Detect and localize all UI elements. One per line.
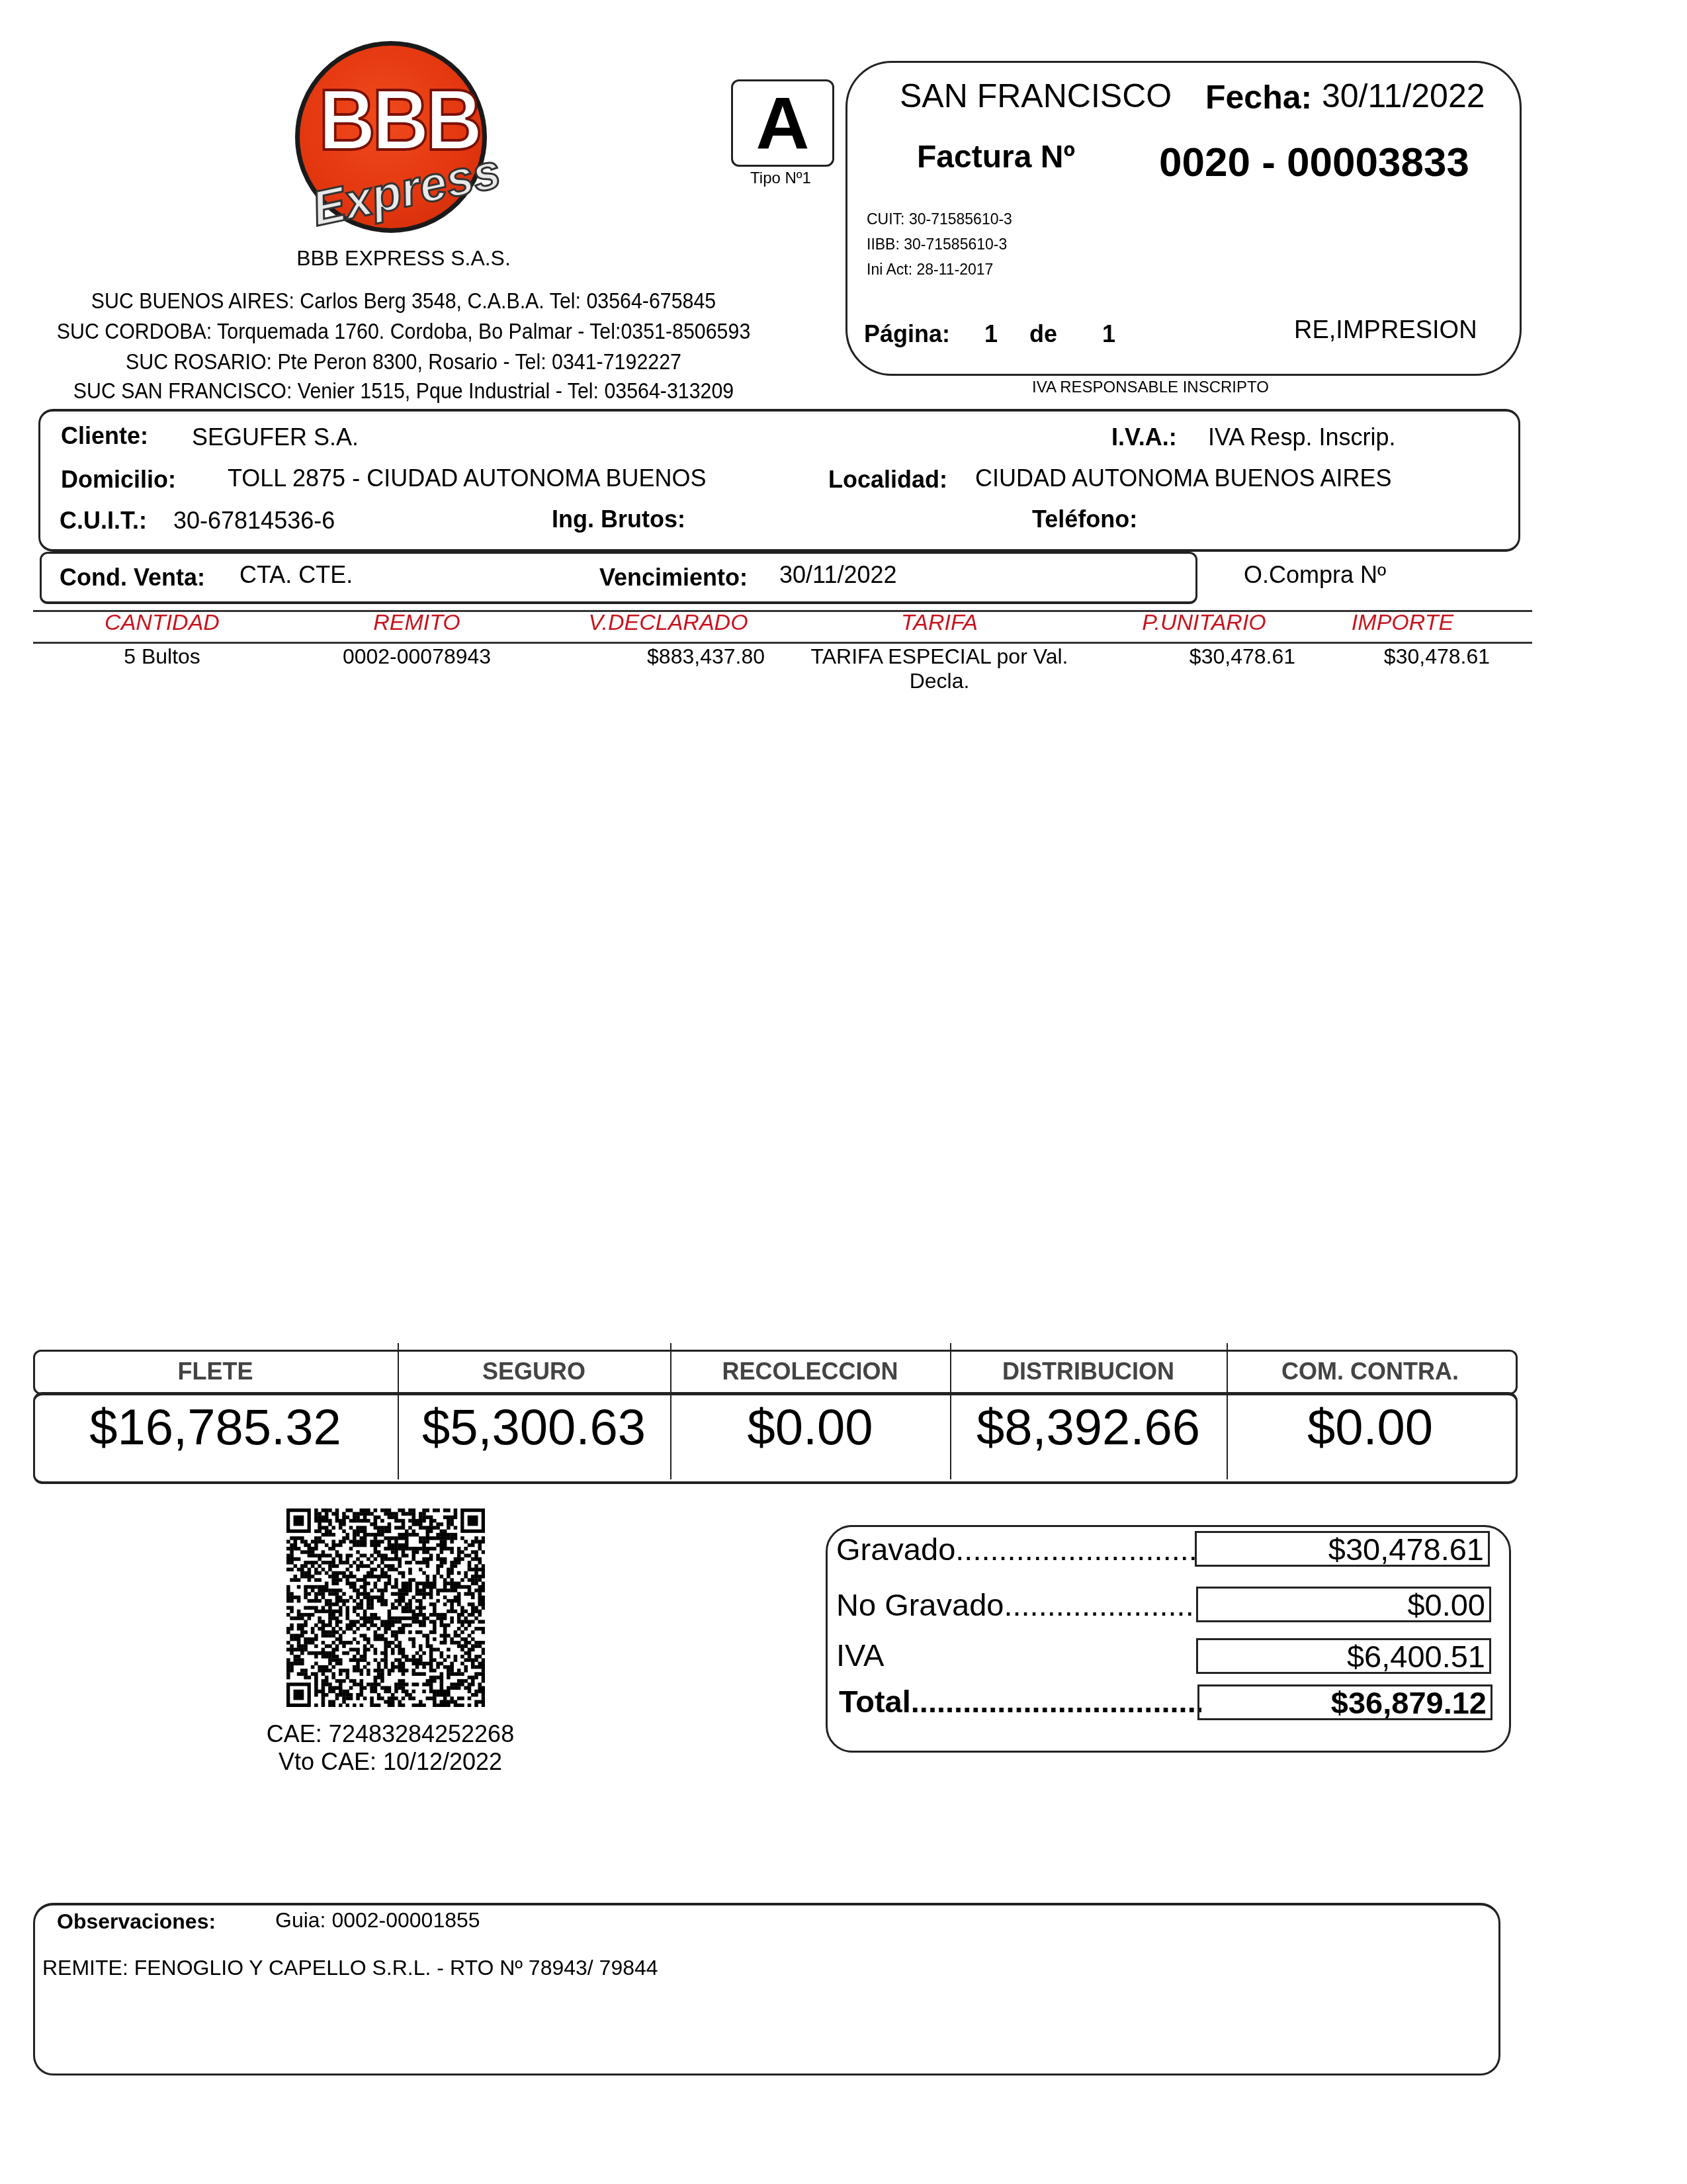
observations-label: Observaciones:: [57, 1909, 216, 1934]
due-date: 30/11/2022: [779, 561, 897, 589]
iva-condition: IVA RESPONSABLE INSCRIPTO: [1032, 378, 1269, 397]
company-name: BBB EXPRESS S.A.S.: [0, 246, 807, 271]
charge-distribucion-label: DISTRIBUCION: [950, 1358, 1227, 1385]
client-iibb-label: Ing. Brutos:: [552, 505, 685, 533]
branch-rosario: SUC ROSARIO: Pte Peron 8300, Rosario - T…: [32, 349, 775, 374]
client-cuit: 30-67814536-6: [173, 507, 335, 535]
client-iva: IVA Resp. Inscrip.: [1208, 423, 1395, 451]
purchase-order-label: O.Compra Nº: [1244, 561, 1386, 589]
row-unitario: $30,478.61: [1125, 644, 1295, 669]
client-cuit-label: C.U.I.T.:: [60, 507, 147, 535]
issuer-cuit: CUIT: 30-71585610-3: [867, 210, 1012, 228]
company-logo: BBB Express: [291, 37, 494, 236]
row-remito: 0002-00078943: [331, 644, 503, 669]
no-gravado-label: No Gravado..............................…: [836, 1587, 1197, 1623]
reprint-label: RE,IMPRESION: [1294, 316, 1477, 345]
page-current: 1: [984, 320, 998, 348]
charge-seguro-label: SEGURO: [398, 1358, 670, 1385]
qr-code-icon: [286, 1508, 485, 1707]
table-header-rule: [33, 642, 1532, 644]
client-iva-label: I.V.A.:: [1111, 423, 1177, 451]
date-label: Fecha:: [1205, 78, 1312, 116]
invoice-type-label: Tipo Nº1: [728, 169, 834, 188]
charge-seguro-value: $5,300.63: [398, 1399, 670, 1456]
observations-box: [33, 1903, 1500, 2075]
branch-buenos-aires: SUC BUENOS AIRES: Carlos Berg 3548, C.A.…: [32, 288, 775, 314]
row-cantidad: 5 Bultos: [86, 644, 238, 669]
iva-label: IVA: [836, 1637, 1200, 1673]
invoice-type-box: A: [731, 79, 834, 167]
charge-recoleccion-value: $0.00: [670, 1399, 950, 1456]
charge-flete-label: FLETE: [33, 1358, 398, 1385]
invoice-type-letter: A: [733, 81, 832, 166]
charge-comcontra-value: $0.00: [1227, 1399, 1514, 1456]
client-locality-label: Localidad:: [828, 466, 947, 494]
row-declarado: $883,437.80: [595, 644, 765, 669]
invoice-date: 30/11/2022: [1322, 77, 1485, 115]
cae-number: CAE: 72483284252268: [251, 1720, 529, 1748]
page-label: Página:: [864, 320, 950, 348]
no-gravado-value: $0.00: [1196, 1587, 1491, 1622]
invoice-city: SAN FRANCISCO: [900, 77, 1172, 115]
charge-comcontra-label: COM. CONTRA.: [1227, 1358, 1514, 1385]
invoice-number-label: Factura Nº: [917, 139, 1075, 175]
client-name: SEGUFER S.A.: [192, 423, 359, 451]
client-name-label: Cliente:: [61, 422, 148, 450]
col-remito: REMITO: [344, 610, 490, 636]
gravado-label: Gravado.................................…: [836, 1531, 1197, 1567]
col-importe: IMPORTE: [1336, 610, 1469, 636]
col-cantidad: CANTIDAD: [86, 610, 238, 636]
client-locality: CIUDAD AUTONOMA BUENOS AIRES: [975, 464, 1391, 492]
page-of-label: de: [1029, 320, 1057, 348]
row-importe: $30,478.61: [1317, 644, 1490, 669]
due-date-label: Vencimiento:: [599, 564, 748, 591]
charge-distribucion-value: $8,392.66: [950, 1399, 1227, 1456]
sale-cond-label: Cond. Venta:: [60, 564, 205, 591]
client-phone-label: Teléfono:: [1032, 505, 1137, 533]
sale-cond: CTA. CTE.: [239, 561, 353, 589]
gravado-value: $30,478.61: [1195, 1531, 1490, 1567]
branch-san-francisco: SUC SAN FRANCISCO: Venier 1515, Pque Ind…: [32, 378, 775, 404]
col-declarado: V.DECLARADO: [569, 610, 767, 636]
issuer-ini-act: Ini Act: 28-11-2017: [867, 261, 993, 279]
total-label: Total...................................…: [839, 1683, 1201, 1720]
observations-guia: Guia: 0002-00001855: [275, 1908, 480, 1933]
charge-recoleccion-label: RECOLECCION: [670, 1358, 950, 1385]
client-address: TOLL 2875 - CIUDAD AUTONOMA BUENOS: [228, 464, 707, 492]
col-unitario: P.UNITARIO: [1125, 610, 1283, 636]
cae-expiry: Vto CAE: 10/12/2022: [251, 1748, 529, 1776]
client-address-label: Domicilio:: [61, 466, 176, 494]
col-tarifa: TARIFA: [873, 610, 1006, 636]
row-tarifa: TARIFA ESPECIAL por Val. Decla.: [787, 644, 1092, 693]
observations-text: REMITE: FENOGLIO Y CAPELLO S.R.L. - RTO …: [42, 1956, 658, 1980]
issuer-iibb: IIBB: 30-71585610-3: [867, 236, 1007, 253]
page-total: 1: [1102, 320, 1115, 348]
total-value: $36,879.12: [1197, 1684, 1492, 1720]
iva-value: $6,400.51: [1196, 1638, 1491, 1674]
invoice-number: 0020 - 00003833: [1159, 139, 1469, 186]
branch-cordoba: SUC CORDOBA: Torquemada 1760. Cordoba, B…: [32, 319, 775, 344]
row-tarifa-line1: TARIFA ESPECIAL por Val.: [787, 644, 1092, 669]
row-tarifa-line2: Decla.: [787, 669, 1092, 693]
charge-flete-value: $16,785.32: [33, 1399, 398, 1456]
table-top-rule: [33, 610, 1532, 612]
